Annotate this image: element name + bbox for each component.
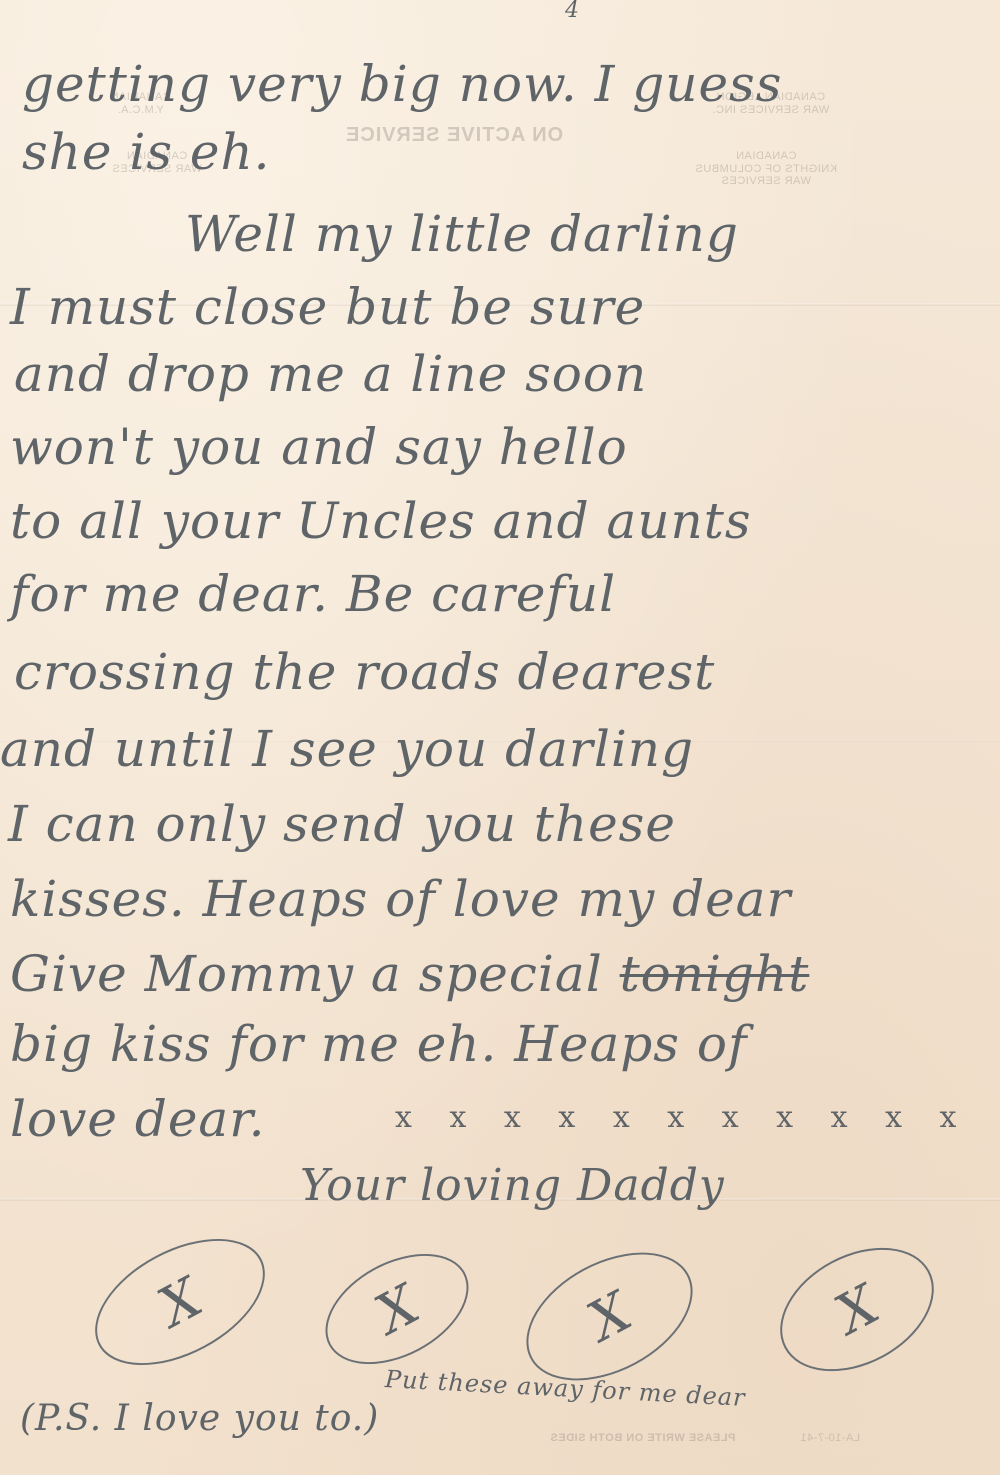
page-number: 4 [565, 0, 580, 23]
letter-line: for me dear. Be careful [10, 565, 616, 623]
letter-line: I must close but be sure [10, 278, 645, 336]
letter-line-text: Give Mommy a special [10, 945, 603, 1003]
letterhead-footer: PLEASE WRITE ON BOTH SIDES [550, 1432, 735, 1445]
letter-line: to all your Uncles and aunts [10, 492, 751, 550]
letter-line: I can only send you these [8, 795, 676, 853]
letter-line: love dear. [10, 1090, 266, 1148]
letter-line: big kiss for me eh. Heaps of [10, 1015, 747, 1073]
letter-line: and drop me a line soon [14, 345, 647, 403]
letterhead-form-number: LA-10-7-41 [800, 1432, 860, 1445]
letter-line: won't you and say hello [10, 418, 628, 476]
letter-line: kisses. Heaps of love my dear [10, 870, 791, 928]
letter-line: she is eh. [22, 123, 271, 181]
letterhead-title: ON ACTIVE SERVICE [345, 124, 563, 147]
letter-line: and until I see you darling [0, 720, 694, 778]
letter-line: Give Mommy a special tonight [10, 945, 809, 1003]
letterhead-knights-of-columbus: CANADIAN KNIGHTS OF COLUMBUS WAR SERVICE… [695, 150, 837, 188]
kisses-row: x x x x x x x x x x x [395, 1100, 970, 1135]
struck-out-word: tonight [620, 945, 810, 1003]
letter-line: Well my little darling [185, 205, 739, 263]
signoff: Your loving Daddy [300, 1160, 725, 1211]
letter-line: getting very big now. I guess [22, 55, 782, 113]
postscript: (P.S. I love you to.) [20, 1398, 379, 1439]
letter-line: crossing the roads dearest [14, 643, 715, 701]
